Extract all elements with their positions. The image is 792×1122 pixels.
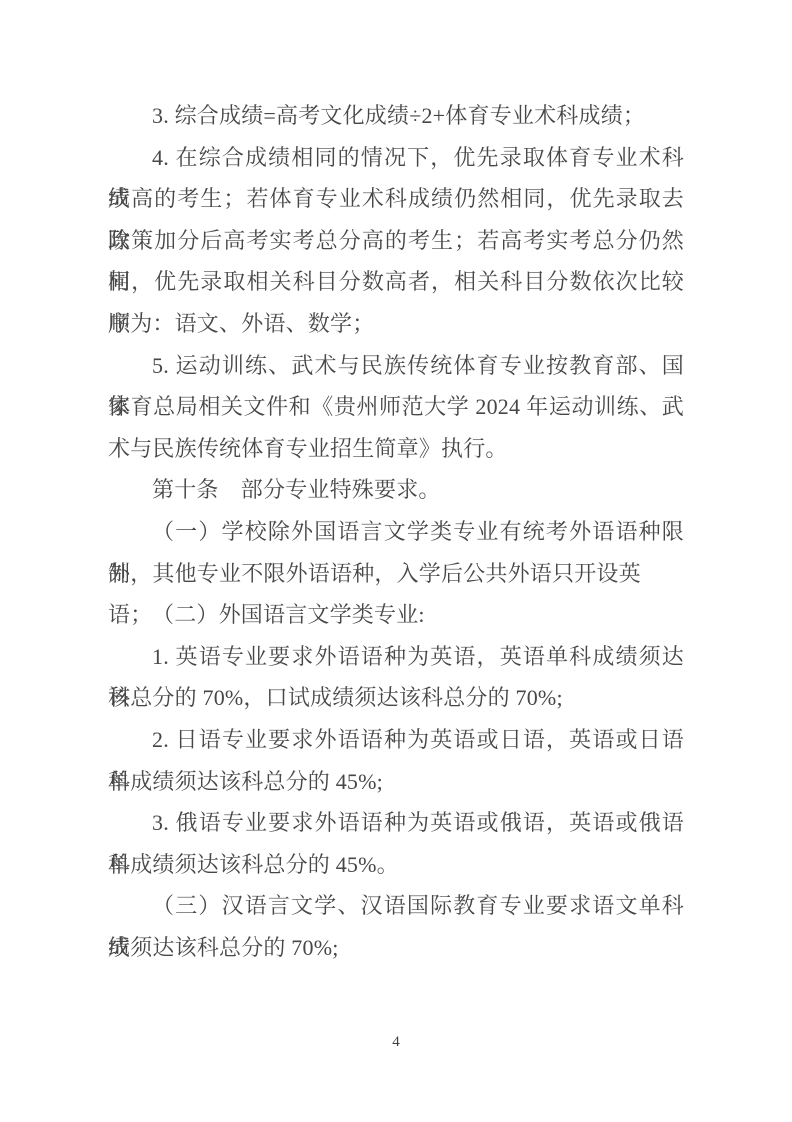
text-line: 科总分的 70%，口试成绩须达该科总分的 70%; xyxy=(108,677,684,719)
text-line: 第十条 部分专业特殊要求。 xyxy=(108,469,684,511)
document-body: 3. 综合成绩=高考文化成绩÷2+体育专业术科成绩；4. 在综合成绩相同的情况下… xyxy=(108,95,684,968)
text-line: 体育总局相关文件和《贵州师范大学 2024 年运动训练、武 xyxy=(108,386,684,428)
text-line: 同，优先录取相关科目分数高者，相关科目分数依次比较顺 xyxy=(108,261,684,303)
text-line: 术与民族传统体育专业招生简章》执行。 xyxy=(108,428,684,470)
text-line: 科成绩须达该科总分的 45%。 xyxy=(108,844,684,886)
text-line: 绩须达该科总分的 70%; xyxy=(108,927,684,969)
text-line: 4. 在综合成绩相同的情况下，优先录取体育专业术科成 xyxy=(108,137,684,179)
text-line: （三）汉语言文学、汉语国际教育专业要求语文单科成 xyxy=(108,885,684,927)
text-line: 2. 日语专业要求外语语种为英语或日语，英语或日语单 xyxy=(108,719,684,761)
text-line: （一）学校除外国语言文学类专业有统考外语语种限制 xyxy=(108,511,684,553)
text-line: （二）外国语言文学类专业: xyxy=(108,594,684,636)
text-line: 3. 俄语专业要求外语语种为英语或俄语，英语或俄语单 xyxy=(108,802,684,844)
page-number: 4 xyxy=(0,1034,792,1051)
text-line: 1. 英语专业要求外语语种为英语，英语单科成绩须达该 xyxy=(108,636,684,678)
text-line: 科成绩须达该科总分的 45%; xyxy=(108,761,684,803)
text-line: 序为：语文、外语、数学； xyxy=(108,303,684,345)
document-page: 3. 综合成绩=高考文化成绩÷2+体育专业术科成绩；4. 在综合成绩相同的情况下… xyxy=(0,0,792,1122)
text-line: 政策加分后高考实考总分高的考生；若高考实考总分仍然相 xyxy=(108,220,684,262)
text-line: 外，其他专业不限外语语种，入学后公共外语只开设英语； xyxy=(108,553,684,595)
text-line: 5. 运动训练、武术与民族传统体育专业按教育部、国家 xyxy=(108,345,684,387)
text-line: 绩高的考生；若体育专业术科成绩仍然相同，优先录取去除 xyxy=(108,178,684,220)
text-line: 3. 综合成绩=高考文化成绩÷2+体育专业术科成绩； xyxy=(108,95,684,137)
